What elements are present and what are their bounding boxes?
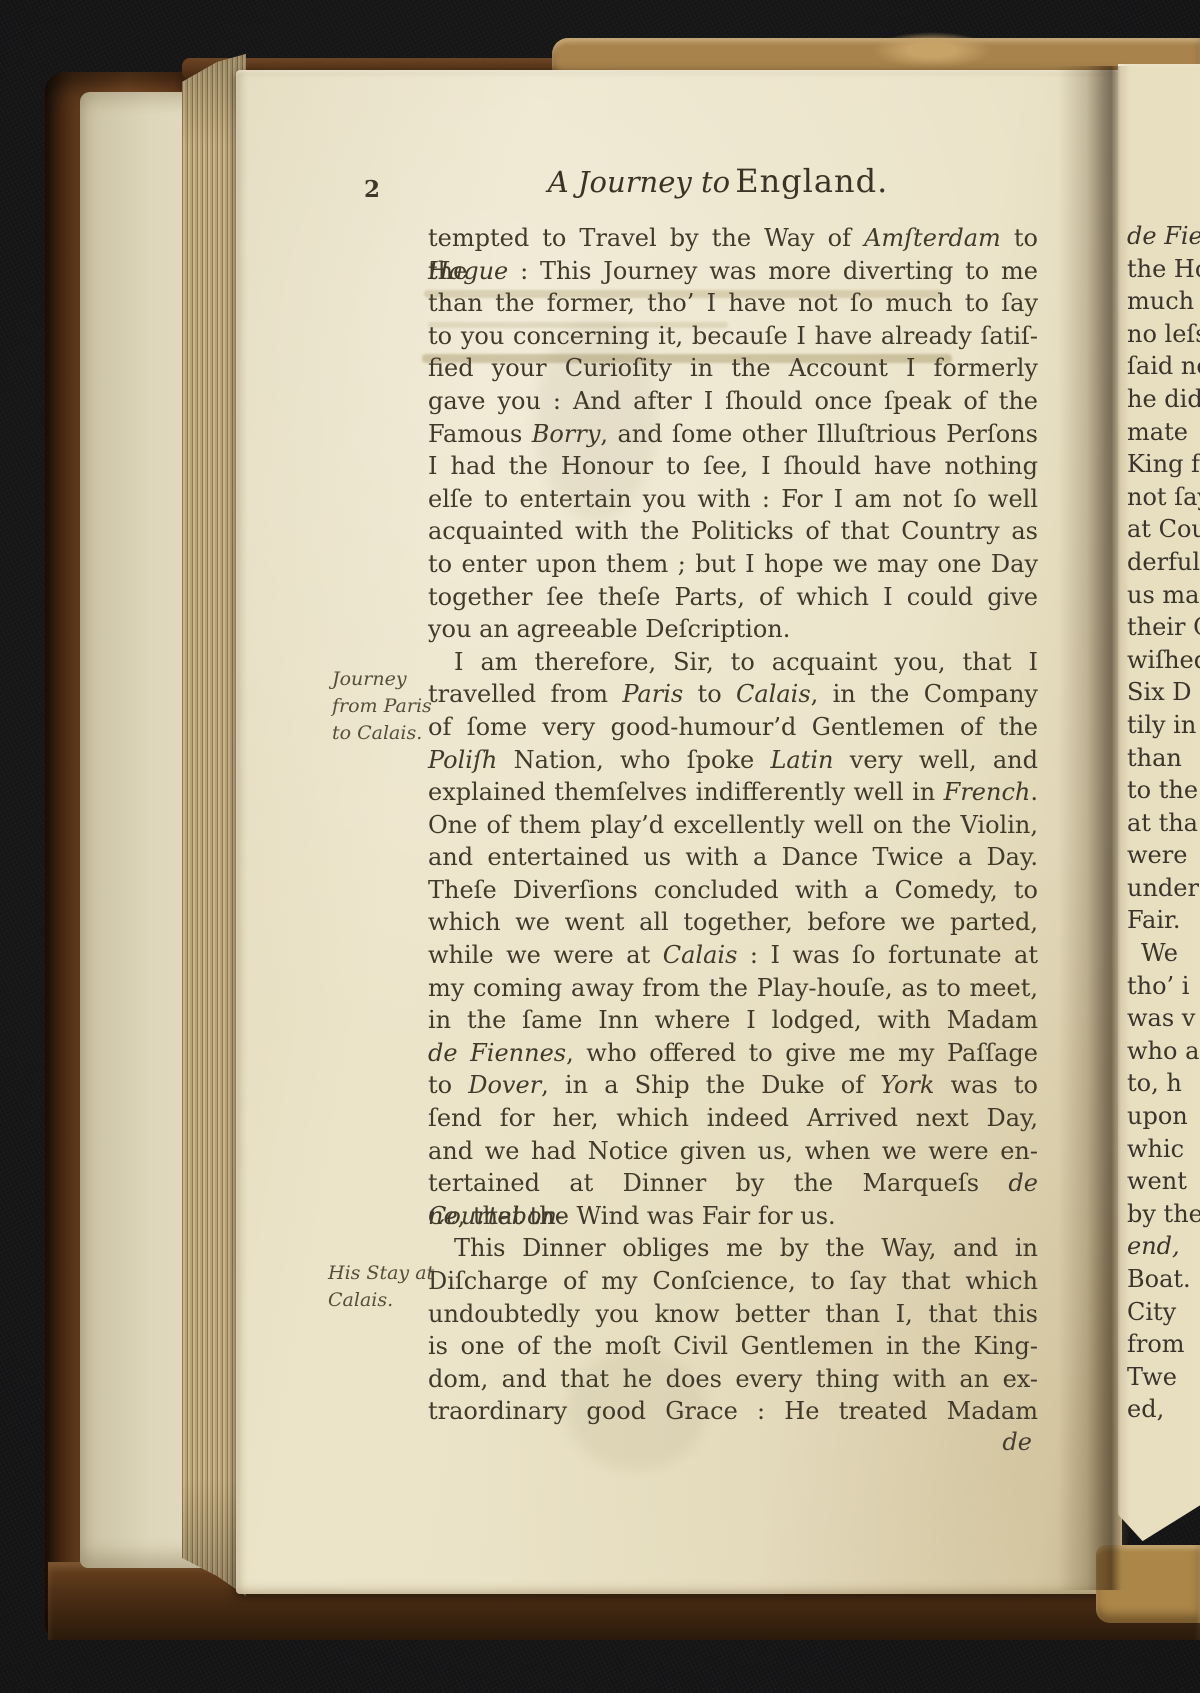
text: Twe bbox=[1127, 1363, 1177, 1391]
text-line: by the bbox=[1127, 1198, 1200, 1231]
text-line: was v bbox=[1127, 1002, 1200, 1035]
text-line: upon bbox=[1127, 1100, 1200, 1133]
text-line: One of them play’d excellently well on t… bbox=[428, 809, 1038, 842]
text: fied your Curioſity in the Account I for… bbox=[428, 354, 1038, 382]
text-line: de Fiennes, who offered to give me my Pa… bbox=[428, 1037, 1038, 1070]
text: at tha bbox=[1127, 809, 1198, 837]
text: Diſcharge of my Conſcience, to ſay that … bbox=[428, 1267, 1038, 1295]
text-line: mate bbox=[1127, 416, 1200, 449]
left-page: 2 A Journey to England. tempted to Trave… bbox=[236, 70, 1122, 1594]
italic-text: end, bbox=[1127, 1232, 1180, 1260]
text-line: in the ſame Inn where I lodged, with Mad… bbox=[428, 1004, 1038, 1037]
text: elſe to entertain you with : For I am no… bbox=[428, 485, 1038, 513]
text-line: tho’ i bbox=[1127, 970, 1200, 1003]
text: from bbox=[1127, 1330, 1185, 1358]
italic-text: Borry bbox=[532, 420, 601, 448]
text: to bbox=[683, 680, 736, 708]
text-line: I had the Honour to ſee, I ſhould have n… bbox=[428, 450, 1038, 483]
text: under bbox=[1127, 874, 1199, 902]
text-line: he did bbox=[1127, 383, 1200, 416]
text: he did bbox=[1127, 385, 1200, 413]
text: I am therefore, Sir, to acquaint you, th… bbox=[454, 648, 1038, 676]
book-leather-tailcap bbox=[1096, 1545, 1200, 1623]
text-line: to Dover, in a Ship the Duke of York was… bbox=[428, 1069, 1038, 1102]
text: ed, bbox=[1127, 1395, 1164, 1423]
text: upon bbox=[1127, 1102, 1188, 1130]
leather-bump bbox=[852, 28, 1012, 68]
text: than bbox=[1127, 744, 1182, 772]
text-line: Famous Borry, and ſome other Illuſtrious… bbox=[428, 418, 1038, 451]
italic-text: Hague bbox=[428, 257, 508, 285]
text: went bbox=[1127, 1167, 1187, 1195]
text: Nation, who ſpoke bbox=[497, 746, 770, 774]
text-line: acquainted with the Politicks of that Co… bbox=[428, 515, 1038, 548]
text-line: end, bbox=[1127, 1230, 1200, 1263]
text-line: Poliſh Nation, who ſpoke Latin very well… bbox=[428, 744, 1038, 777]
text: very well, and bbox=[834, 746, 1038, 774]
text: to Calais. bbox=[332, 722, 422, 744]
text-line: went bbox=[1127, 1165, 1200, 1198]
text: is one of the moſt Civil Gentlemen in th… bbox=[428, 1332, 1038, 1360]
text-line: His Stay at bbox=[328, 1260, 458, 1287]
text-line: the Ho bbox=[1127, 253, 1200, 286]
text: together ſee theſe Parts, of which I cou… bbox=[428, 583, 1038, 611]
text-line: who a bbox=[1127, 1035, 1200, 1068]
running-head: 2 A Journey to England. bbox=[356, 162, 1052, 214]
text: , that the Wind was Fair for us. bbox=[458, 1202, 836, 1230]
text-line: to the bbox=[1127, 774, 1200, 807]
italic-text: York bbox=[880, 1071, 934, 1099]
text: tempted to Travel by the Way of bbox=[428, 224, 864, 252]
text: , who offered to give me my Paſſage bbox=[566, 1039, 1038, 1067]
text: from Paris bbox=[332, 695, 432, 717]
text: : I was ſo fortunate at bbox=[737, 941, 1038, 969]
italic-text: Latin bbox=[770, 746, 833, 774]
text: whic bbox=[1127, 1135, 1184, 1163]
text-line: gave you : And after I ſhould once ſpeak… bbox=[428, 385, 1038, 418]
text: . bbox=[1030, 778, 1038, 806]
text: dom, and that he does every thing with a… bbox=[428, 1365, 1038, 1393]
text-line: tertained at Dinner by the Marqueſs de C… bbox=[428, 1167, 1038, 1200]
text-line: to Calais. bbox=[332, 720, 462, 747]
text: , and ſome other Illuſtrious Perſons bbox=[600, 420, 1038, 448]
text-line: ſaid no bbox=[1127, 350, 1200, 383]
text-line: from Paris bbox=[332, 693, 462, 720]
text-line: derful bbox=[1127, 546, 1200, 579]
text-line: We bbox=[1127, 937, 1200, 970]
text-line: Twe bbox=[1127, 1361, 1200, 1394]
text: was to bbox=[934, 1071, 1038, 1099]
text-line: and entertained us with a Dance Twice a … bbox=[428, 841, 1038, 874]
text: , in a Ship the Duke of bbox=[541, 1071, 880, 1099]
text: Boat. bbox=[1127, 1265, 1191, 1293]
italic-text: French bbox=[944, 778, 1031, 806]
text-line: their C bbox=[1127, 611, 1200, 644]
text-line: to enter upon them ; but I hope we may o… bbox=[428, 548, 1038, 581]
text: mate bbox=[1127, 418, 1188, 446]
text-line: elſe to entertain you with : For I am no… bbox=[428, 483, 1038, 516]
text-line: you an agreeable Deſcription. bbox=[428, 613, 1038, 646]
text: We bbox=[1141, 939, 1178, 967]
margin-note-stay: His Stay atCalais. bbox=[328, 1260, 458, 1314]
text: tily in bbox=[1127, 711, 1196, 739]
text-line: Diſcharge of my Conſcience, to ſay that … bbox=[428, 1265, 1038, 1298]
text-line: is one of the moſt Civil Gentlemen in th… bbox=[428, 1330, 1038, 1363]
text-line: undoubtedly you know better than I, that… bbox=[428, 1298, 1038, 1331]
text-line: to you concerning it, becauſe I have alr… bbox=[428, 320, 1038, 353]
text-line: were bbox=[1127, 839, 1200, 872]
text-line: Theſe Diverſions concluded with a Comedy… bbox=[428, 874, 1038, 907]
text-line: wiſhed bbox=[1127, 644, 1200, 677]
text: derful bbox=[1127, 548, 1200, 576]
text-line: de Fien bbox=[1127, 220, 1200, 253]
text: acquainted with the Politicks of that Co… bbox=[428, 517, 1038, 545]
text-line: tily in bbox=[1127, 709, 1200, 742]
text-line: ed, bbox=[1127, 1393, 1200, 1426]
text: I had the Honour to ſee, I ſhould have n… bbox=[428, 452, 1038, 480]
text: Famous bbox=[428, 420, 532, 448]
text: Journey bbox=[332, 668, 407, 690]
text: One of them play’d excellently well on t… bbox=[428, 811, 1038, 839]
catchword: de bbox=[1002, 1428, 1032, 1456]
text-line: City bbox=[1127, 1296, 1200, 1329]
text: City bbox=[1127, 1298, 1176, 1326]
right-page-text: de Fienthe Homuchno leſsſaid nohe didmat… bbox=[1127, 220, 1200, 1426]
text-line: us ma bbox=[1127, 579, 1200, 612]
text: to the bbox=[1127, 776, 1198, 804]
text: undoubtedly you know better than I, that… bbox=[428, 1300, 1038, 1328]
text-line: at tha bbox=[1127, 807, 1200, 840]
text: Theſe Diverſions concluded with a Comedy… bbox=[428, 876, 1038, 904]
page-title: A Journey to England. bbox=[408, 162, 1028, 200]
text: and entertained us with a Dance Twice a … bbox=[428, 843, 1038, 871]
text-line: I am therefore, Sir, to acquaint you, th… bbox=[428, 646, 1038, 679]
text: much bbox=[1127, 287, 1194, 315]
margin-note-journey: Journeyfrom Paristo Calais. bbox=[332, 666, 462, 747]
text: gave you : And after I ſhould once ſpeak… bbox=[428, 387, 1038, 415]
text-line: which we went all together, before we pa… bbox=[428, 906, 1038, 939]
text: us ma bbox=[1127, 581, 1199, 609]
text-line: Journey bbox=[332, 666, 462, 693]
text: King f bbox=[1127, 450, 1200, 478]
text: Fair. bbox=[1127, 906, 1180, 934]
text-line: than the former, tho’ I have not ſo much… bbox=[428, 287, 1038, 320]
page-number: 2 bbox=[364, 176, 381, 203]
text: than the former, tho’ I have not ſo much… bbox=[428, 289, 1038, 317]
text: wiſhed bbox=[1127, 646, 1200, 674]
italic-text: Poliſh bbox=[428, 746, 497, 774]
text-line: dom, and that he does every thing with a… bbox=[428, 1363, 1038, 1396]
text: to you concerning it, becauſe I have alr… bbox=[428, 322, 1038, 350]
italic-text: Calais bbox=[663, 941, 738, 969]
text-line: from bbox=[1127, 1328, 1200, 1361]
text: their C bbox=[1127, 613, 1200, 641]
text: : This Journey was more diverting to me bbox=[508, 257, 1038, 285]
text-line: no leſs bbox=[1127, 318, 1200, 351]
text: and we had Notice given us, when we were… bbox=[428, 1137, 1038, 1165]
text: tertained at Dinner by the Marqueſs bbox=[428, 1169, 1008, 1197]
text: ſend for her, which indeed Arrived next … bbox=[428, 1104, 1038, 1132]
text: who a bbox=[1127, 1037, 1199, 1065]
text-line: and we had Notice given us, when we were… bbox=[428, 1135, 1038, 1168]
text-line: traordinary good Grace : He treated Mada… bbox=[428, 1395, 1038, 1428]
text: while we were at bbox=[428, 941, 663, 969]
page-title-italic: A Journey to bbox=[548, 165, 730, 199]
text: explained themſelves indifferently well … bbox=[428, 778, 944, 806]
italic-text: de Fiennes bbox=[428, 1039, 566, 1067]
text-line: together ſee theſe Parts, of which I cou… bbox=[428, 581, 1038, 614]
right-page-sliver: de Fienthe Homuchno leſsſaid nohe didmat… bbox=[1118, 64, 1200, 1550]
text: you an agreeable Deſcription. bbox=[428, 615, 790, 643]
text: Calais. bbox=[328, 1289, 393, 1311]
text-line: King f bbox=[1127, 448, 1200, 481]
text-line: than bbox=[1127, 742, 1200, 775]
text: were bbox=[1127, 841, 1187, 869]
text-line: travelled from Paris to Calais, in the C… bbox=[428, 678, 1038, 711]
text: the Ho bbox=[1127, 255, 1200, 283]
italic-text: de Fien bbox=[1127, 222, 1200, 250]
text-line: while we were at Calais : I was ſo fortu… bbox=[428, 939, 1038, 972]
text: His Stay at bbox=[328, 1262, 434, 1284]
text: in the ſame Inn where I lodged, with Mad… bbox=[428, 1006, 1038, 1034]
text-line: Boat. bbox=[1127, 1263, 1200, 1296]
text-line: explained themſelves indifferently well … bbox=[428, 776, 1038, 809]
text: of ſome very good-humour’d Gentlemen of … bbox=[428, 713, 1038, 741]
text-line: ſend for her, which indeed Arrived next … bbox=[428, 1102, 1038, 1135]
text-line: not ſay bbox=[1127, 481, 1200, 514]
text: This Dinner obliges me by the Way, and i… bbox=[454, 1234, 1038, 1262]
text: my coming away from the Play-houſe, as t… bbox=[428, 974, 1038, 1002]
text: to, h bbox=[1127, 1069, 1182, 1097]
text-line: Calais. bbox=[328, 1287, 458, 1314]
text-line: much bbox=[1127, 285, 1200, 318]
text-line: of ſome very good-humour’d Gentlemen of … bbox=[428, 711, 1038, 744]
text: which we went all together, before we pa… bbox=[428, 908, 1038, 936]
page-title-roman: England. bbox=[735, 162, 888, 200]
italic-text: Calais bbox=[736, 680, 811, 708]
text-line: tempted to Travel by the Way of Amſterda… bbox=[428, 222, 1038, 255]
text-line: Six D bbox=[1127, 676, 1200, 709]
text-line: fied your Curioſity in the Account I for… bbox=[428, 352, 1038, 385]
text-line: Fair. bbox=[1127, 904, 1200, 937]
text-line: ne, that the Wind was Fair for us. bbox=[428, 1200, 1038, 1233]
text: not ſay bbox=[1127, 483, 1200, 511]
text-line: at Cou bbox=[1127, 513, 1200, 546]
text-line: under bbox=[1127, 872, 1200, 905]
text: by the bbox=[1127, 1200, 1200, 1228]
text: to bbox=[428, 1071, 468, 1099]
italic-text: Dover bbox=[468, 1071, 541, 1099]
text: tho’ i bbox=[1127, 972, 1189, 1000]
text: , in the Company bbox=[811, 680, 1038, 708]
text-line: Hague : This Journey was more diverting … bbox=[428, 255, 1038, 288]
text-line: whic bbox=[1127, 1133, 1200, 1166]
text: to enter upon them ; but I hope we may o… bbox=[428, 550, 1038, 578]
text-line: This Dinner obliges me by the Way, and i… bbox=[428, 1232, 1038, 1265]
text: Six D bbox=[1127, 678, 1192, 706]
text: traordinary good Grace : He treated Mada… bbox=[428, 1397, 1038, 1425]
photo-of-open-book: 2 A Journey to England. tempted to Trave… bbox=[0, 0, 1200, 1693]
italic-text: ne bbox=[428, 1202, 458, 1230]
text: was v bbox=[1127, 1004, 1195, 1032]
text: ſaid no bbox=[1127, 352, 1200, 380]
italic-text: Amſterdam bbox=[864, 224, 1001, 252]
text: no leſs bbox=[1127, 320, 1200, 348]
text: at Cou bbox=[1127, 515, 1200, 543]
text-line: to, h bbox=[1127, 1067, 1200, 1100]
text-line: my coming away from the Play-houſe, as t… bbox=[428, 972, 1038, 1005]
body-text: tempted to Travel by the Way of Amſterda… bbox=[428, 222, 1038, 1428]
italic-text: Paris bbox=[622, 680, 683, 708]
